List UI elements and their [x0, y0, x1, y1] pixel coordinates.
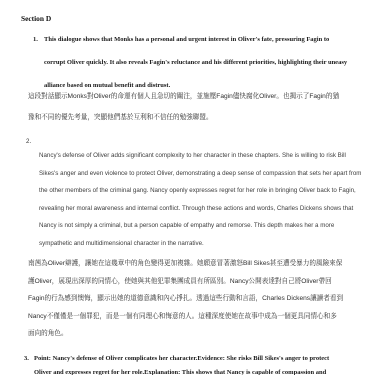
item1-line: corrupt Oliver quickly. It also reveals … — [44, 59, 347, 66]
item2-line: Nancy is not simply a criminal, but a pe… — [39, 222, 334, 229]
chinese-paragraph-2-line: Fagin的行為感到懊悔，顯示出她的道德意識和內心掙扎。透過這些行動和言語，Ch… — [28, 295, 343, 303]
item3-line: Oliver and expresses regret for her role… — [34, 369, 326, 375]
chinese-paragraph-2-line: 面向的角色。 — [28, 330, 68, 338]
chinese-paragraph-2-line: Nancy不僅僅是一個罪犯，而是一個有同理心和悔意的人。這種深度使她在故事中成為… — [28, 313, 337, 321]
list-number-1: 1. — [33, 36, 38, 43]
chinese-paragraph-1-line: 這段對話顯示Monks對Oliver的命運有個人且急切的關注，並施壓Fagin儘… — [28, 93, 339, 101]
item1-line: This dialogue shows that Monks has a per… — [44, 36, 329, 43]
item2-line: sympathetic and multidimensional charact… — [39, 240, 204, 247]
item2-line: revealing her moral awareness and intern… — [39, 205, 353, 212]
list-number-3: 3. — [24, 355, 29, 362]
list-number-2: 2. — [26, 138, 31, 145]
item2-line: the other members of the criminal gang. … — [39, 187, 356, 194]
section-heading: Section D — [21, 15, 51, 24]
item2-line: Sikes's anger and even violence to prote… — [39, 170, 361, 177]
item2-line: Nancy's defense of Oliver adds significa… — [39, 152, 346, 159]
chinese-paragraph-1-line: 豫和不同的優先考量，突顯他們基於互利和不信任的勉強聯盟。 — [28, 114, 213, 122]
chinese-paragraph-2-line: 護Oliver，展現出深厚的同情心，使她與其他犯罪集團成員有所區別。Nancy公… — [28, 278, 332, 286]
chinese-paragraph-2-line: 南茜為Oliver辯護，讓她在這幾章中的角色變得更加複雜。她願意冒著激怒Bill… — [28, 260, 342, 268]
document-page: Section D 1. This dialogue shows that Mo… — [0, 0, 375, 375]
item3-line: Point: Nancy's defense of Oliver complic… — [34, 355, 329, 362]
item1-line: alliance based on mutual benefit and dis… — [44, 82, 170, 89]
